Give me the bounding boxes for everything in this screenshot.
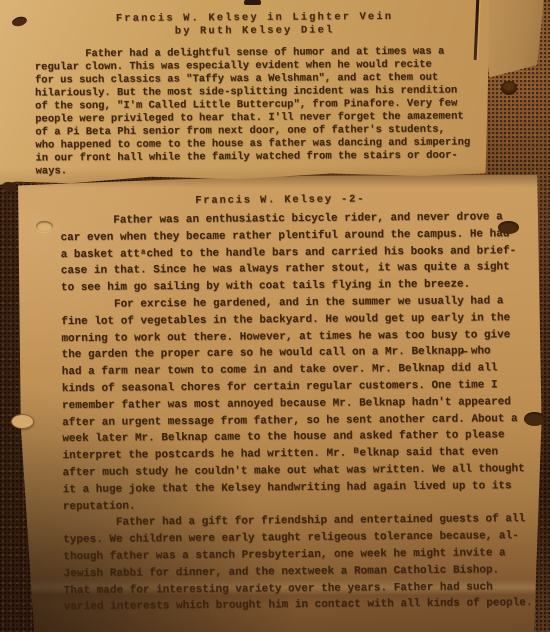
- stain-dot-fabric: [501, 81, 517, 95]
- typed-line: varied interests which brought him in co…: [64, 595, 550, 616]
- seam-blob: [1, 181, 18, 193]
- backing-sheet: [486, 0, 544, 80]
- hole-punch-right-middle: [524, 412, 545, 426]
- page-1-sheet: Francis W. Kelsey in Lighter Vein by Rut…: [0, 0, 491, 188]
- page-1-body: Father had a delightful sense of humor a…: [0, 36, 491, 178]
- photo-of-typed-pages: Francis W. Kelsey -2- Father was an enth…: [0, 0, 550, 632]
- hole-punch-left-top: [36, 221, 53, 232]
- page-2-text-block: Francis W. Kelsey -2- Father was an enth…: [10, 170, 550, 632]
- page-2-body: Father was an enthusiastic bicycle rider…: [60, 209, 550, 616]
- page-1-title-block: Francis W. Kelsey in Lighter Vein by Rut…: [0, 0, 490, 40]
- hole-punch-right-top: [498, 221, 519, 234]
- torn-tab-left-middle: [11, 414, 34, 429]
- top-edge-notch: [244, 0, 261, 5]
- page-2-header: Francis W. Kelsey -2-: [60, 192, 500, 209]
- page-2-sheet: Francis W. Kelsey -2- Father was an enth…: [10, 174, 548, 632]
